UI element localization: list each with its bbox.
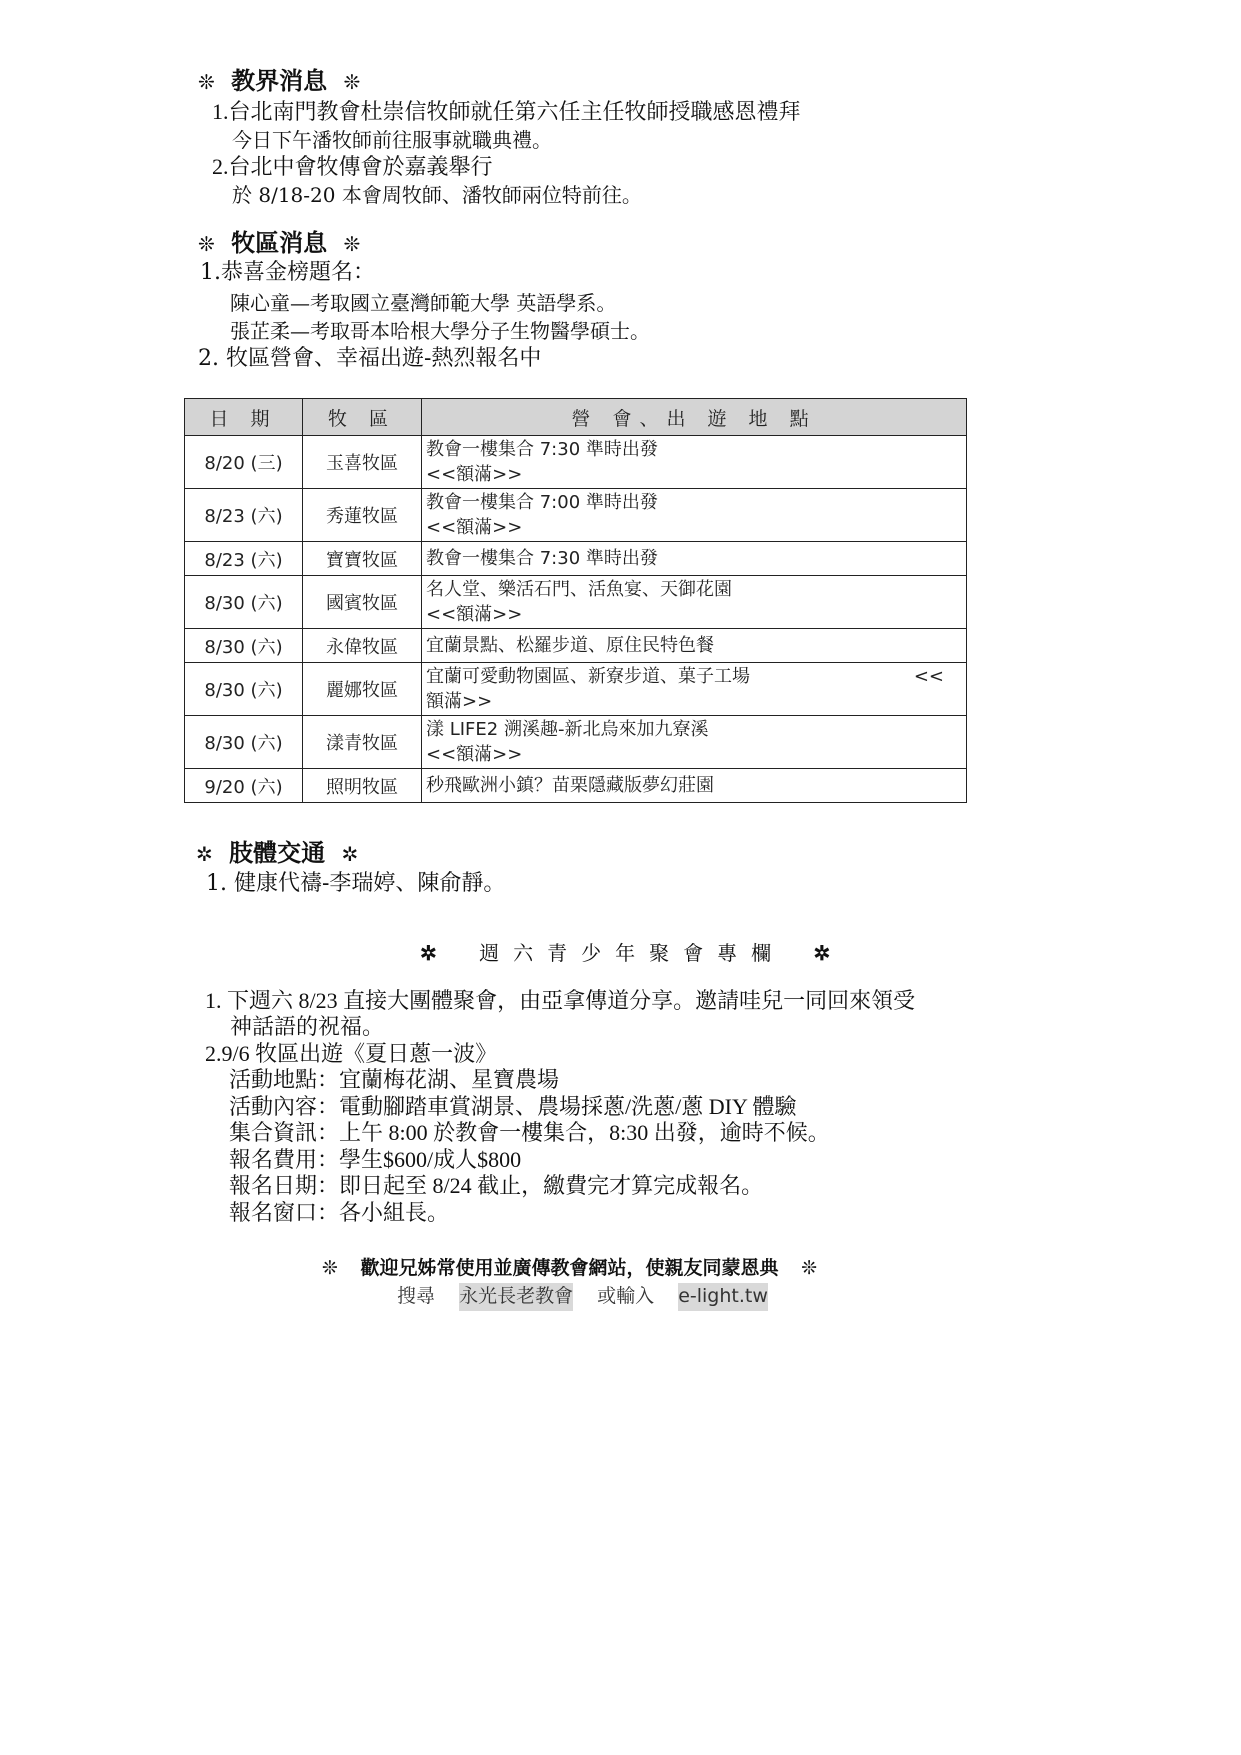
flower-icon: ✲ [813,941,830,965]
header-location: 營 會、出 遊 地 點 [422,399,967,436]
flower-icon: ❊ [198,70,215,94]
youth-item-1: 1. 下週六 8/23 直接大團體聚會，由亞拿傳道分享。邀請哇兒一同回來領受 [205,987,915,1015]
footer-slogan: ❊ 歡迎兄姊常使用並廣傳教會網站，使親友同蒙恩典 ❊ [322,1255,817,1281]
flower-icon: ❊ [198,232,215,256]
youth-detail-deadline: 報名日期：即日起至 8/24 截止，繳費完才算完成報名。 [229,1172,763,1200]
search-term[interactable]: 永光長老教會 [459,1283,573,1311]
flower-icon: ❊ [801,1257,817,1279]
table-row: 8/30 (六) 麗娜牧區 宜蘭可愛動物園區、新寮步道、菓子工場<<額滿>> [185,663,967,716]
table-row: 8/20 (三) 玉喜牧區 教會一樓集合 7:30 準時出發<<額滿>> [185,436,967,489]
table-row: 8/23 (六) 寶寶牧區 教會一樓集合 7:30 準時出發 [185,542,967,576]
flower-icon: ❊ [343,232,360,256]
youth-detail-location: 活動地點：宜蘭梅花湖、星寶農場 [229,1066,559,1094]
church-news-item-2: 2.台北中會牧傳會於嘉義舉行 [212,153,493,181]
table-row: 8/30 (六) 永偉牧區 宜蘭景點、松羅步道、原住民特色餐 [185,629,967,663]
header-date: 日 期 [185,399,303,436]
full-badge: <<額滿>> [426,742,962,767]
church-news-heading: ❊ 教界消息 ❊ [198,66,360,97]
table-header-row: 日 期 牧 區 營 會、出 遊 地 點 [185,399,967,436]
congrats-line-1: 陳心童—考取國立臺灣師範大學 英語學系。 [230,290,616,317]
flower-icon: ✲ [420,941,437,965]
table-row: 9/20 (六) 照明牧區 秒飛歐洲小鎮？苗栗隱藏版夢幻莊園 [185,769,967,803]
youth-detail-contact: 報名窗口：各小組長。 [229,1199,449,1227]
youth-item-2: 2.9/6 牧區出遊《夏日蔥一波》 [205,1040,497,1068]
fellowship-title: 肢體交通 [229,839,325,867]
youth-detail-fee: 報名費用：學生$600/成人$800 [229,1146,521,1174]
church-news-item-2-detail: 於 8/18-20 本會周牧師、潘牧師兩位特前往。 [232,182,642,209]
header-district: 牧 區 [303,399,422,436]
church-news-item-1-detail: 今日下午潘牧師前往服事就職典禮。 [232,127,552,154]
youth-detail-content: 活動內容：電動腳踏車賞湖景、農場採蔥/洗蔥/蔥 DIY 體驗 [229,1093,797,1121]
full-badge: 額滿>> [426,689,962,714]
fellowship-item-1: 1. 健康代禱-李瑞婷、陳俞靜。 [206,870,505,898]
youth-detail-meeting: 集合資訊：上午 8:00 於教會一樓集合，8:30 出發，逾時不候。 [229,1119,830,1147]
search-label: 搜尋 [397,1285,435,1307]
full-badge: <<額滿>> [426,602,962,627]
flower-icon: ✲ [196,842,213,866]
district-news-item-1: 1.恭喜金榜題名： [200,259,375,287]
website-url-link[interactable]: e-light.tw [678,1283,768,1311]
church-news-item-1: 1.台北南門教會杜崇信牧師就任第六任主任牧師授職感恩禮拜 [212,98,801,126]
full-badge: <<額滿>> [426,515,962,540]
full-badge: <<額滿>> [426,462,962,487]
flower-icon: ❊ [322,1257,338,1279]
table-row: 8/23 (六) 秀蓮牧區 教會一樓集合 7:00 準時出發<<額滿>> [185,489,967,542]
table-row: 8/30 (六) 漾青牧區 漾 LIFE2 溯溪趣-新北烏來加九寮溪<<額滿>> [185,716,967,769]
congrats-line-2: 張芷柔—考取哥本哈根大學分子生物醫學碩士。 [230,318,650,345]
district-news-heading: ❊ 牧區消息 ❊ [198,228,360,259]
youth-heading: ✲ 週六青少年聚會專欄 ✲ [420,940,830,967]
table-row: 8/30 (六) 國賓牧區 名人堂、樂活石門、活魚宴、天御花園<<額滿>> [185,576,967,629]
youth-item-1-cont: 神話語的祝福。 [230,1013,384,1041]
church-news-title: 教界消息 [231,67,327,95]
flower-icon: ✲ [341,842,358,866]
district-news-item-2: 2. 牧區營會、幸福出遊-熱烈報名中 [198,345,541,373]
district-news-title: 牧區消息 [231,229,327,257]
or-label: 或輸入 [597,1285,654,1307]
youth-title: 週六青少年聚會專欄 [479,941,785,965]
footer-search-line: 搜尋 永光長老教會 或輸入 e-light.tw [397,1283,768,1309]
retreat-schedule-table: 日 期 牧 區 營 會、出 遊 地 點 8/20 (三) 玉喜牧區 教會一樓集合… [184,398,967,803]
flower-icon: ❊ [343,70,360,94]
fellowship-heading: ✲ 肢體交通 ✲ [196,838,358,869]
